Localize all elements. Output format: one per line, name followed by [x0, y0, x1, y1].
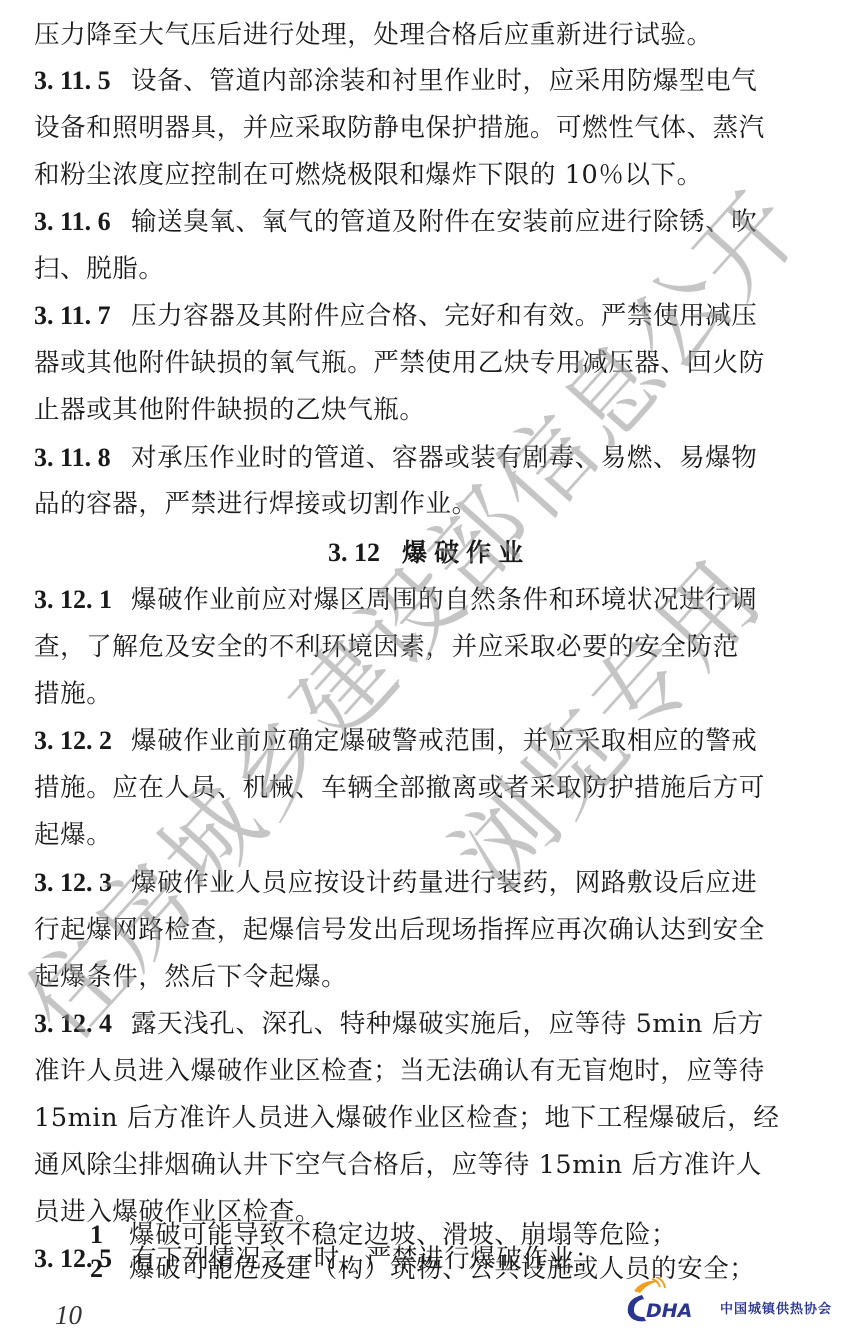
- clause-number: 3. 12. 4: [34, 1009, 131, 1039]
- text-line: 通风除尘排烟确认井下空气合格后，应等待 15min 后方准许人: [34, 1150, 762, 1180]
- section-title: 爆破作业: [402, 538, 530, 567]
- page-number: 10: [55, 1300, 82, 1331]
- clause-3-11-5: 3. 11. 5设备、管道内部涂装和衬里作业时，应采用防爆型电气: [34, 66, 757, 96]
- clause-3-12-2: 3. 12. 2爆破作业前应确定爆破警戒范围，并应采取相应的警戒: [34, 726, 757, 756]
- clause-3-11-6: 3. 11. 6输送臭氧、氧气的管道及附件在安装前应进行除锈、吹: [34, 207, 757, 237]
- text-line: 措施。应在人员、机械、车辆全部撤离或者采取防护措施后方可: [34, 773, 765, 803]
- clause-number: 3. 12. 2: [34, 726, 131, 756]
- clause-3-11-7: 3. 11. 7压力容器及其附件应合格、完好和有效。严禁使用减压: [34, 301, 757, 331]
- clause-number: 3. 12. 3: [34, 868, 131, 898]
- text-line: 行起爆网路检查，起爆信号发出后现场指挥应再次确认达到安全: [34, 915, 765, 945]
- list-item: 1爆破可能导致不稳定边坡、滑坡、崩塌等危险；: [90, 1220, 677, 1250]
- text-line: 器或其他附件缺损的氧气瓶。严禁使用乙炔专用减压器、回火防: [34, 348, 765, 378]
- text-line: 品的容器，严禁进行焊接或切割作业。: [34, 489, 478, 519]
- text-line: 查，了解危及安全的不利环境因素，并应采取必要的安全防范: [34, 632, 739, 662]
- clause-3-12-3: 3. 12. 3爆破作业人员应按设计药量进行装药，网路敷设后应进: [34, 868, 757, 898]
- text-line: 15min 后方准许人员进入爆破作业区检查；地下工程爆破后，经: [34, 1103, 779, 1133]
- text-line: 止器或其他附件缺损的乙炔气瓶。: [34, 395, 426, 425]
- clause-3-11-8: 3. 11. 8对承压作业时的管道、容器或装有剧毒、易燃、易爆物: [34, 443, 757, 473]
- clause-number: 3. 11. 8: [34, 443, 131, 473]
- clause-number: 3. 12. 1: [34, 585, 131, 615]
- cdha-logo-icon: DHA: [620, 1277, 720, 1327]
- text-line: 压力降至大气压后进行处理，处理合格后应重新进行试验。: [34, 20, 713, 50]
- logo-text: 中国城镇供热协会: [720, 1298, 832, 1317]
- text-line: 和粉尘浓度应控制在可燃烧极限和爆炸下限的 10％以下。: [34, 160, 703, 190]
- text-line: 起爆。: [34, 820, 112, 850]
- clause-3-12-1: 3. 12. 1爆破作业前应对爆区周围的自然条件和环境状况进行调: [34, 585, 757, 615]
- text-line: 扫、脱脂。: [34, 254, 165, 284]
- svg-text:DHA: DHA: [646, 1300, 692, 1322]
- list-item-number: 2: [90, 1254, 129, 1284]
- text-line: 措施。: [34, 679, 112, 709]
- clause-number: 3. 11. 5: [34, 66, 131, 96]
- list-item-number: 1: [90, 1220, 129, 1250]
- clause-number: 3. 11. 6: [34, 207, 131, 237]
- section-heading: 3. 12爆破作业: [34, 533, 824, 569]
- text-line: 起爆条件，然后下令起爆。: [34, 962, 347, 992]
- clause-number: 3. 11. 7: [34, 301, 131, 331]
- section-number: 3. 12: [328, 538, 380, 567]
- text-line: 设备和照明器具，并应采取防静电保护措施。可燃性气体、蒸汽: [34, 113, 765, 143]
- cdha-logo: DHA 中国城镇供热协会: [620, 1277, 850, 1327]
- text-line: 准许人员进入爆破作业区检查；当无法确认有无盲炮时，应等待: [34, 1056, 765, 1086]
- watermark-line-2: 浏览专用: [419, 525, 788, 914]
- clause-3-12-4: 3. 12. 4露天浅孔、深孔、特种爆破实施后，应等待 5min 后方: [34, 1009, 764, 1039]
